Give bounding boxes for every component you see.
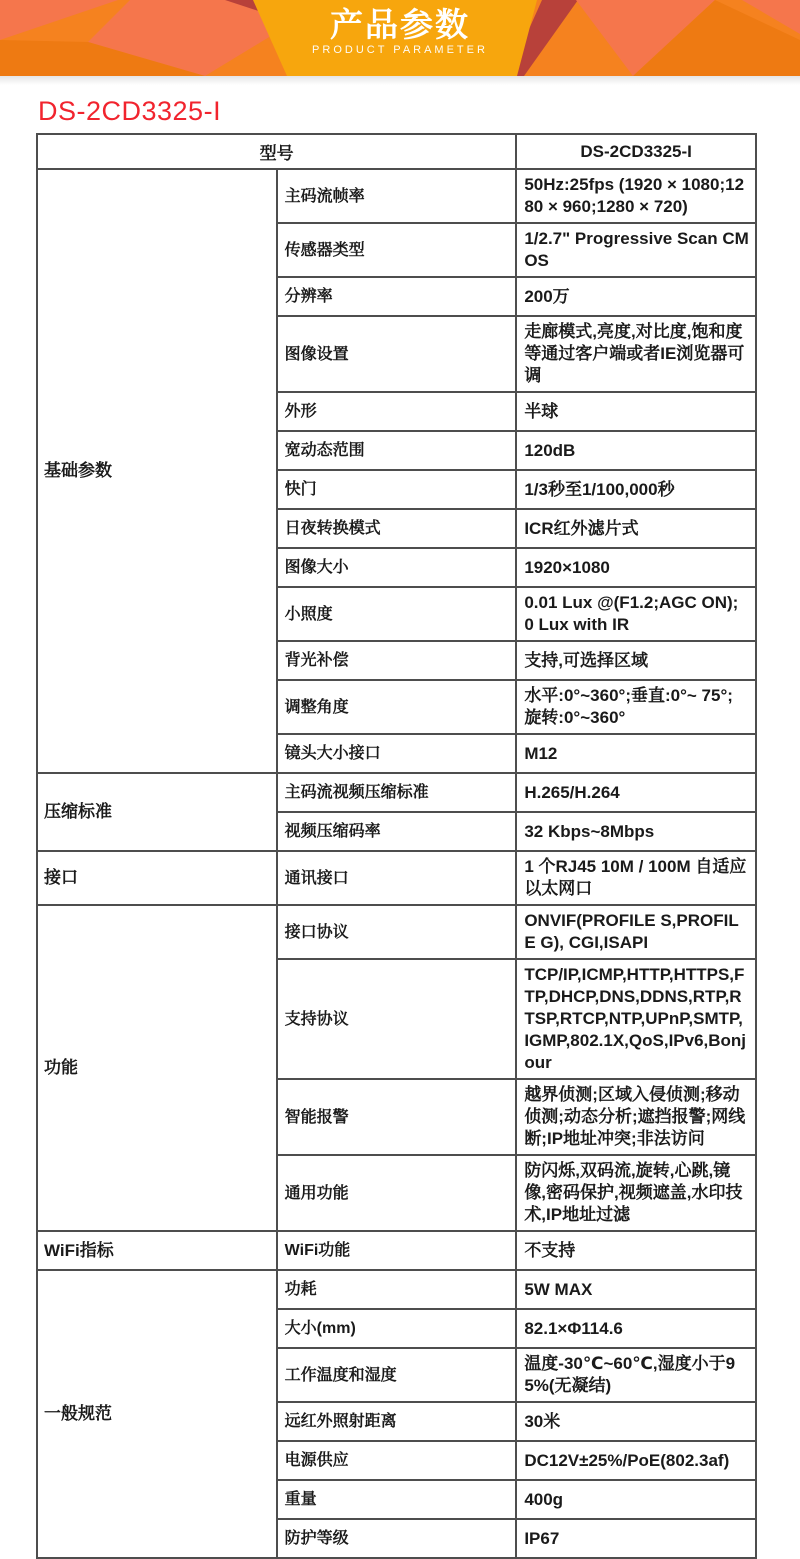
- param-value: 温度-30℃~60℃,湿度小于95%(无凝结): [516, 1348, 756, 1402]
- param-label: 远红外照射距离: [277, 1402, 517, 1441]
- table-header-row: 型号 DS-2CD3325-I: [37, 134, 756, 169]
- param-value: ICR红外滤片式: [516, 509, 756, 548]
- param-value: 30米: [516, 1402, 756, 1441]
- table-row: 接口 通讯接口 1 个RJ45 10M / 100M 自适应以太网口: [37, 851, 756, 905]
- param-value: 走廊模式,亮度,对比度,饱和度等通过客户端或者IE浏览器可调: [516, 316, 756, 392]
- param-value: 0.01 Lux @(F1.2;AGC ON); 0 Lux with IR: [516, 587, 756, 641]
- param-value: 50Hz:25fps (1920 × 1080;1280 × 960;1280 …: [516, 169, 756, 223]
- param-value: TCP/IP,ICMP,HTTP,HTTPS,FTP,DHCP,DNS,DDNS…: [516, 959, 756, 1079]
- category-cell-general: 一般规范: [37, 1270, 277, 1558]
- param-label: 通讯接口: [277, 851, 517, 905]
- table-row: WiFi指标 WiFi功能 不支持: [37, 1231, 756, 1270]
- param-value: 防闪烁,双码流,旋转,心跳,镜像,密码保护,视频遮盖,水印技术,IP地址过滤: [516, 1155, 756, 1231]
- param-label: 主码流帧率: [277, 169, 517, 223]
- param-label: 图像大小: [277, 548, 517, 587]
- category-cell-basic: 基础参数: [37, 169, 277, 773]
- param-label: 视频压缩码率: [277, 812, 517, 851]
- param-label: 主码流视频压缩标准: [277, 773, 517, 812]
- param-value: DC12V±25%/PoE(802.3af): [516, 1441, 756, 1480]
- table-row: 功能 接口协议 ONVIF(PROFILE S,PROFILE G), CGI,…: [37, 905, 756, 959]
- param-value: 200万: [516, 277, 756, 316]
- param-value: 1920×1080: [516, 548, 756, 587]
- param-label: 镜头大小接口: [277, 734, 517, 773]
- param-value: 400g: [516, 1480, 756, 1519]
- param-label: 背光补偿: [277, 641, 517, 680]
- param-label: 分辨率: [277, 277, 517, 316]
- param-label: 大小(mm): [277, 1309, 517, 1348]
- param-value: IP67: [516, 1519, 756, 1558]
- table-row: 压缩标准 主码流视频压缩标准 H.265/H.264: [37, 773, 756, 812]
- table-row: 一般规范 功耗 5W MAX: [37, 1270, 756, 1309]
- param-label: 小照度: [277, 587, 517, 641]
- param-label: 重量: [277, 1480, 517, 1519]
- product-model-title: DS-2CD3325-I: [38, 96, 800, 126]
- param-value: 32 Kbps~8Mbps: [516, 812, 756, 851]
- param-label: 通用功能: [277, 1155, 517, 1231]
- param-value: ONVIF(PROFILE S,PROFILE G), CGI,ISAPI: [516, 905, 756, 959]
- param-label: 工作温度和湿度: [277, 1348, 517, 1402]
- param-label: 功耗: [277, 1270, 517, 1309]
- banner-subtitle: PRODUCT PARAMETER: [0, 44, 800, 56]
- model-header-cell: 型号: [37, 134, 516, 169]
- banner-text-block: 产品参数 PRODUCT PARAMETER: [0, 0, 800, 56]
- param-label: 智能报警: [277, 1079, 517, 1155]
- param-label: 日夜转换模式: [277, 509, 517, 548]
- param-label: 电源供应: [277, 1441, 517, 1480]
- param-value: 1/3秒至1/100,000秒: [516, 470, 756, 509]
- param-value: 5W MAX: [516, 1270, 756, 1309]
- param-value: 82.1×Φ114.6: [516, 1309, 756, 1348]
- table-row: 基础参数 主码流帧率 50Hz:25fps (1920 × 1080;1280 …: [37, 169, 756, 223]
- param-label: 传感器类型: [277, 223, 517, 277]
- param-label: 调整角度: [277, 680, 517, 734]
- category-cell-function: 功能: [37, 905, 277, 1231]
- param-label: 快门: [277, 470, 517, 509]
- param-label: 宽动态范围: [277, 431, 517, 470]
- param-value: 支持,可选择区域: [516, 641, 756, 680]
- param-label: 外形: [277, 392, 517, 431]
- param-value: 越界侦测;区域入侵侦测;移动侦测;动态分析;遮挡报警;网线断;IP地址冲突;非法…: [516, 1079, 756, 1155]
- param-value: M12: [516, 734, 756, 773]
- param-label: 支持协议: [277, 959, 517, 1079]
- param-label: 防护等级: [277, 1519, 517, 1558]
- category-cell-wifi: WiFi指标: [37, 1231, 277, 1270]
- param-label: 图像设置: [277, 316, 517, 392]
- param-value: 水平:0°~360°;垂直:0°~ 75°;旋转:0°~360°: [516, 680, 756, 734]
- param-value: 1/2.7" Progressive Scan CMOS: [516, 223, 756, 277]
- category-cell-compression: 压缩标准: [37, 773, 277, 851]
- param-value: 不支持: [516, 1231, 756, 1270]
- spec-table: 型号 DS-2CD3325-I 基础参数 主码流帧率 50Hz:25fps (1…: [36, 133, 757, 1559]
- param-value: 120dB: [516, 431, 756, 470]
- banner-bottom-fade: [0, 76, 800, 85]
- category-cell-interface: 接口: [37, 851, 277, 905]
- param-value: 1 个RJ45 10M / 100M 自适应以太网口: [516, 851, 756, 905]
- header-banner: 产品参数 PRODUCT PARAMETER: [0, 0, 800, 76]
- banner-title: 产品参数: [0, 7, 800, 43]
- model-value-cell: DS-2CD3325-I: [516, 134, 756, 169]
- param-value: 半球: [516, 392, 756, 431]
- param-value: H.265/H.264: [516, 773, 756, 812]
- param-label: WiFi功能: [277, 1231, 517, 1270]
- param-label: 接口协议: [277, 905, 517, 959]
